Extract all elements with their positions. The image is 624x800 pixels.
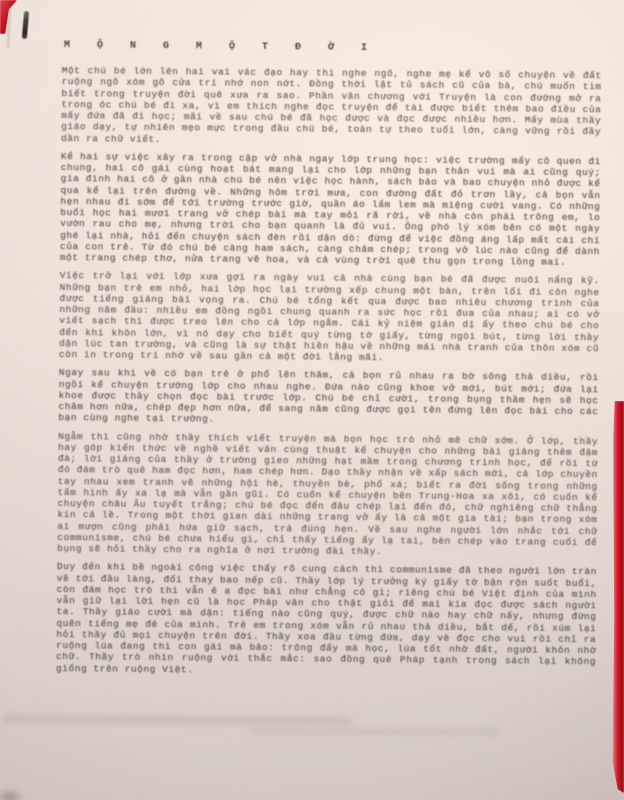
photo-of-typewritten-page: M Ộ N G M Ộ T Đ Ờ I Một chú bé lớn lên h… — [0, 0, 624, 800]
paragraph-6: Duy đến khi bề ngoài công việc thấy rõ c… — [56, 561, 597, 679]
handwritten-mark-1 — [22, 11, 29, 39]
paper-edge-shadow — [7, 2, 11, 48]
red-background-right-edge — [610, 401, 624, 793]
paragraph-1: Một chú bé lớn lên hai vai vác đạo hay t… — [61, 65, 602, 149]
paragraph-3: Việc trở lại với lớp xưa gợi ra ngày vui… — [59, 270, 600, 365]
ink-smudge — [2, 715, 352, 725]
document-title: M Ộ N G M Ộ T Đ Ờ I — [64, 40, 602, 56]
typewritten-page: M Ộ N G M Ộ T Đ Ờ I Một chú bé lớn lên h… — [56, 40, 602, 686]
paragraph-5: Ngẫm thì cũng nhờ thầy thích viết truyện… — [57, 430, 598, 559]
paragraph-2: Kể hai sự việc xảy ra trong cặp vở nhà n… — [60, 151, 601, 269]
ink-smudge — [250, 727, 500, 735]
paragraph-4: Ngay sau khi về có bạn trẻ ở phố lên thă… — [58, 367, 599, 428]
bottom-left-shadow — [0, 789, 24, 800]
